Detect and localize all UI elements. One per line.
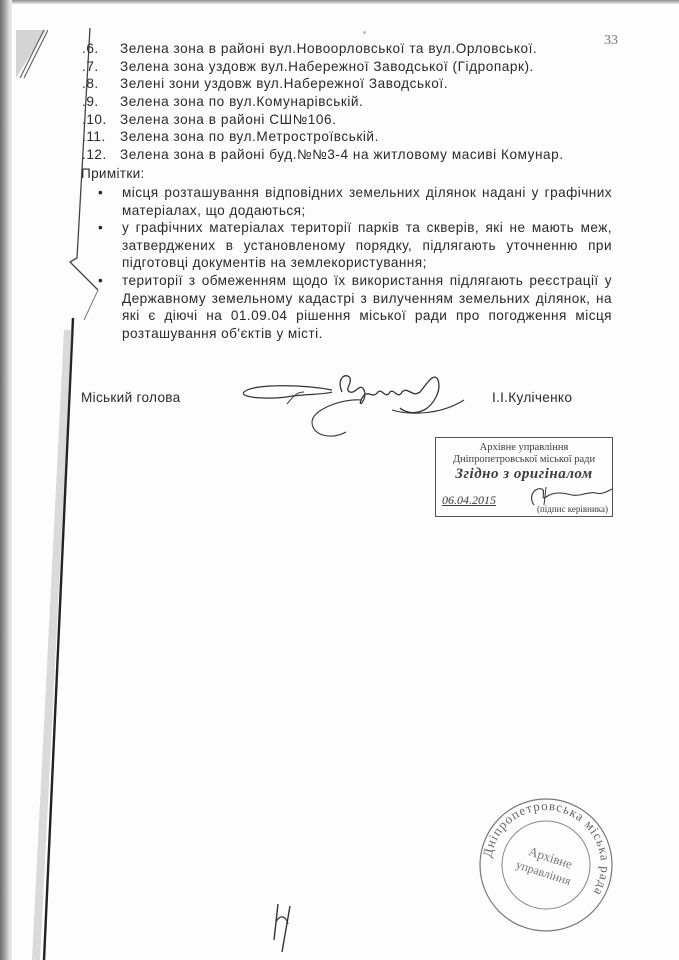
note-item: •у графічних матеріалах території парків…: [92, 219, 612, 272]
list-item: .7.Зелена зона уздовж вул.Набережної Зав…: [82, 58, 564, 76]
handwritten-mark-icon: [272, 900, 312, 955]
note-item: •місця розташування відповідних земельни…: [92, 184, 612, 219]
list-item: .11.Зелена зона по вул.Метростроївській.: [82, 128, 564, 146]
scan-speck: [363, 31, 366, 34]
list-item: .9.Зелена зона по вул.Комунарівській.: [82, 93, 564, 111]
notes-list: •місця розташування відповідних земельни…: [92, 184, 612, 342]
round-seal-icon: Дніпропетровська міська рада Архівне упр…: [476, 795, 616, 935]
green-zone-list: .6.Зелена зона в районі вул.Новоорловськ…: [82, 40, 564, 164]
list-item: .10.Зелена зона в районі СШ№106.: [82, 111, 564, 129]
bullet-icon: •: [98, 184, 103, 202]
certification-stamp: Архівне управління Дніпропетровської міс…: [435, 437, 613, 517]
stamp-date: 06.04.2015: [442, 493, 496, 508]
bullet-icon: •: [98, 219, 103, 237]
page-number: 33: [604, 33, 618, 49]
scan-top-edge: [0, 0, 679, 4]
document-page: 33 .6.Зелена зона в районі вул.Новоорлов…: [0, 0, 679, 960]
signatory-title: Міський голова: [81, 390, 181, 405]
signature-icon: [232, 370, 472, 442]
note-item: •території з обмеженням щодо їх використ…: [92, 272, 612, 342]
signatory-name: І.І.Куліченко: [492, 390, 572, 405]
notes-heading: Примітки:: [81, 166, 145, 181]
bullet-icon: •: [98, 272, 103, 290]
list-item: .8.Зелені зони уздовж вул.Набережної Зав…: [82, 75, 564, 93]
list-item: .12.Зелена зона в районі буд.№№3-4 на жи…: [82, 146, 564, 164]
list-item: .6.Зелена зона в районі вул.Новоорловськ…: [82, 40, 564, 58]
